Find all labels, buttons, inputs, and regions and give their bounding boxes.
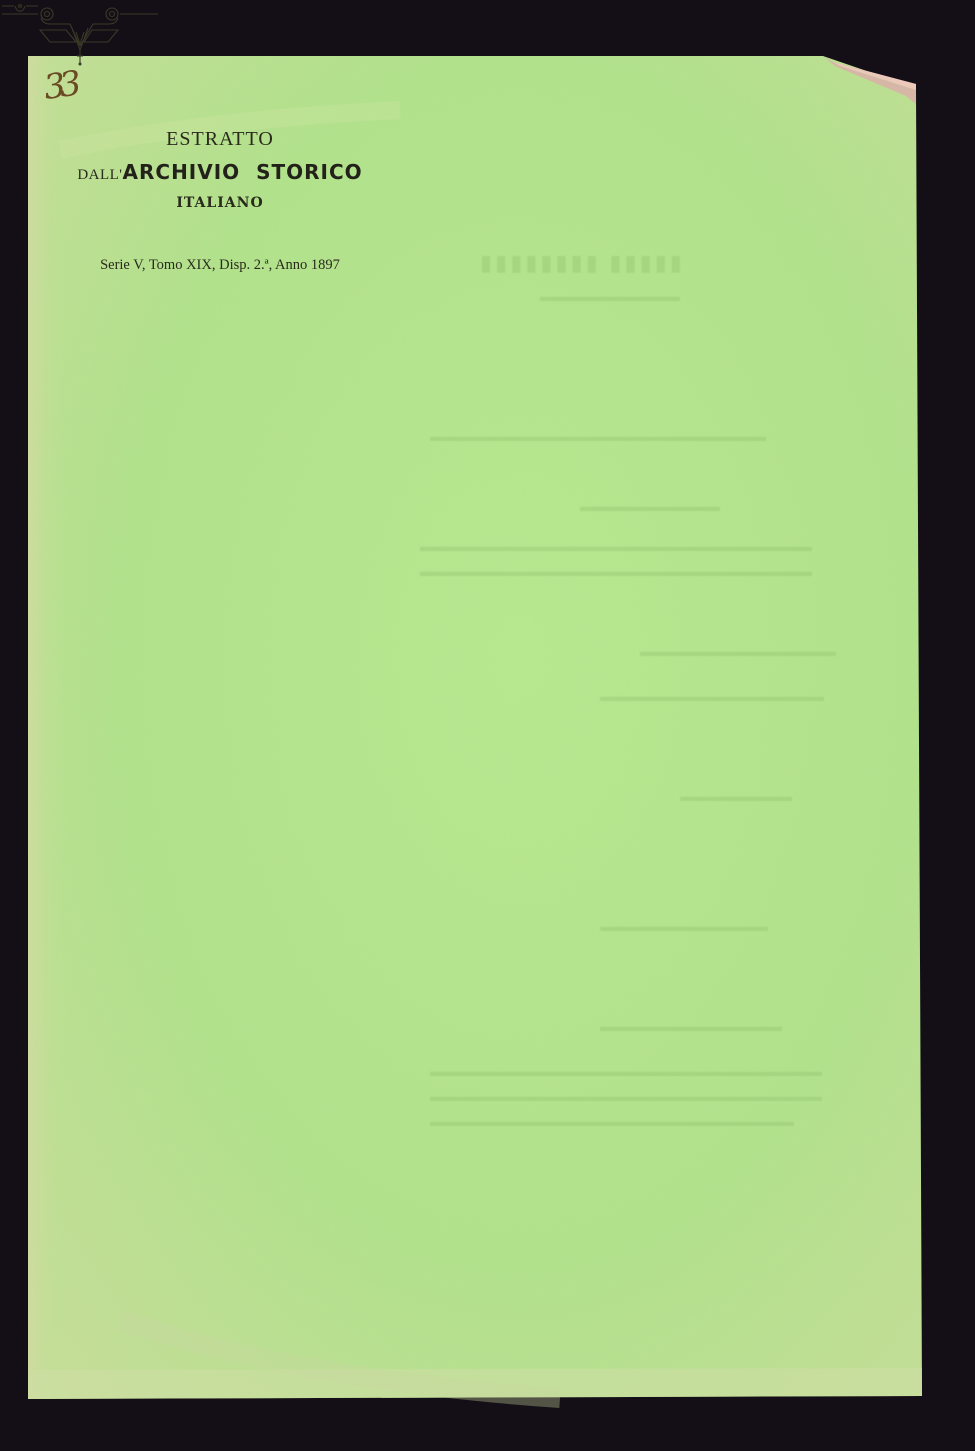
header-estratto: ESTRATTO <box>40 128 400 151</box>
pamphlet-cover: ▮▮▮▮▮▮▮▮ ▮▮▮▮▮ ▬▬▬▬▬▬▬▬▬▬ ▬▬▬▬▬▬▬▬▬▬▬▬▬▬… <box>0 0 975 1451</box>
bleed-through-text: ▮▮▮▮▮▮▮▮ ▮▮▮▮▮ <box>480 250 685 276</box>
bleed-through-text: ▬▬▬▬▬▬▬▬▬▬▬▬▬▬▬▬▬▬▬▬▬▬▬▬▬▬▬▬ <box>420 540 812 556</box>
header-archivio-title: ARCHIVIO STORICO <box>123 160 363 184</box>
bleed-through-text: ▬▬▬▬▬▬▬▬▬▬▬▬ <box>600 920 768 936</box>
header-dall-prefix: DALL' <box>77 167 122 183</box>
bleed-through-text: ▬▬▬▬▬▬▬▬▬▬▬▬▬▬▬▬▬▬▬▬▬▬▬▬▬▬▬▬ <box>430 1090 822 1106</box>
header-italiano: ITALIANO <box>40 195 400 211</box>
handwritten-number: 33 <box>41 64 78 108</box>
bleed-through-text: ▬▬▬▬▬▬▬▬▬▬▬▬▬▬▬▬ <box>600 690 824 706</box>
paper-sheet <box>0 0 975 1451</box>
bleed-through-text: ▬▬▬▬▬▬▬▬▬▬▬▬▬▬ <box>640 645 836 661</box>
header-archivio-storico: DALL'ARCHIVIO STORICO <box>40 160 400 184</box>
bleed-through-text: ▬▬▬▬▬▬▬▬▬▬▬▬▬▬▬▬▬▬▬▬▬▬▬▬▬▬▬▬ <box>430 1065 822 1081</box>
publication-info: Serie V, Tomo XIX, Disp. 2.ª, Anno 1897 <box>30 257 410 274</box>
bleed-through-text: ▬▬▬▬▬▬▬▬▬▬▬▬▬ <box>600 1020 782 1036</box>
bleed-through-text: ▬▬▬▬▬▬▬▬▬▬ <box>580 500 720 516</box>
bleed-through-text: ▬▬▬▬▬▬▬▬▬▬ <box>540 290 680 306</box>
scroll-v-ornament-icon <box>0 0 160 70</box>
bleed-through-text: ▬▬▬▬▬▬▬▬▬▬▬▬▬▬▬▬▬▬▬▬▬▬▬▬▬▬▬▬ <box>420 565 812 581</box>
bleed-through-text: ▬▬▬▬▬▬▬▬ <box>680 790 792 806</box>
bleed-through-text: ▬▬▬▬▬▬▬▬▬▬▬▬▬▬▬▬▬▬▬▬▬▬▬▬ <box>430 430 766 446</box>
bleed-through-text: ▬▬▬▬▬▬▬▬▬▬▬▬▬▬▬▬▬▬▬▬▬▬▬▬▬▬ <box>430 1115 794 1131</box>
